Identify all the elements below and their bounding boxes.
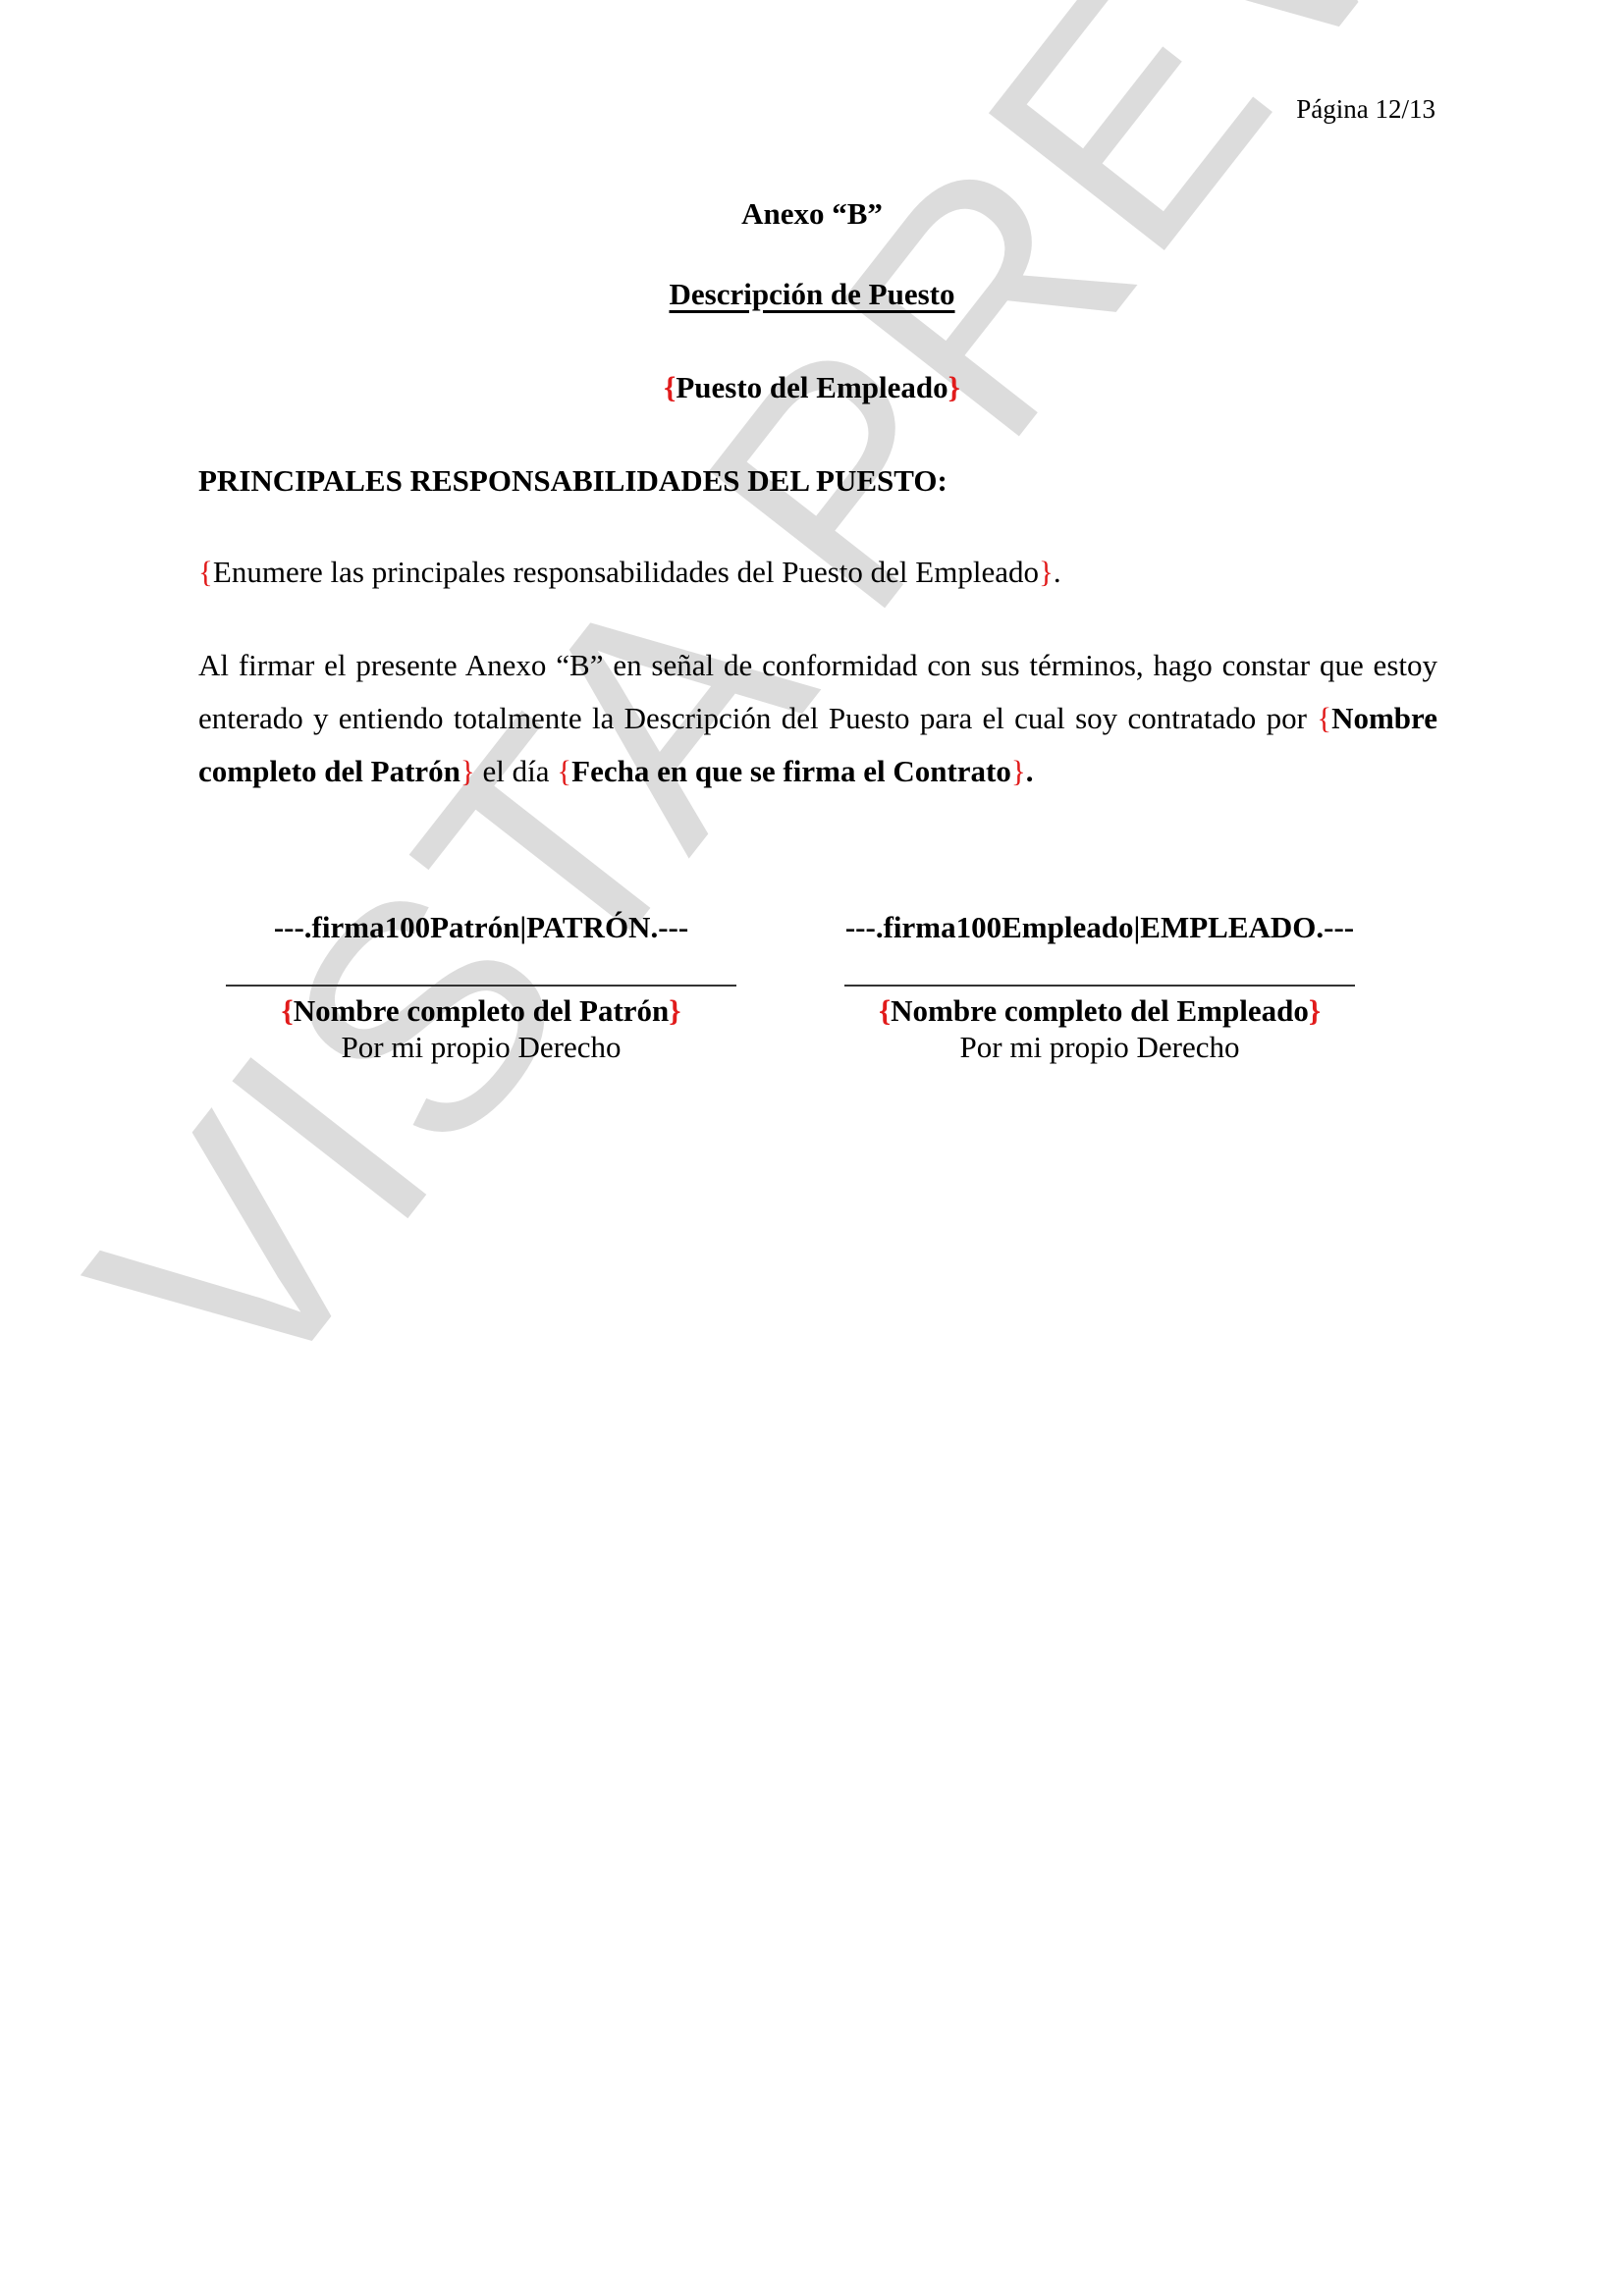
placeholder-open-brace: { [879,993,891,1028]
signature-tag[interactable]: ---.firma100Empleado|EMPLEADO.--- [835,908,1365,947]
page-number: Página 12/13 [1296,94,1435,125]
signer-capacity: Por mi propio Derecho [835,1030,1365,1065]
signature-line [226,985,736,987]
placeholder-close-brace: } [948,370,960,404]
placeholder-open-brace: { [198,555,213,589]
acknowledgment-middle: el día [475,754,558,788]
period: . [1026,754,1034,788]
acknowledgment-paragraph: Al firmar el presente Anexo “B” en señal… [198,639,1437,798]
signature-tag[interactable]: ---.firma100Patrón|PATRÓN.--- [216,908,746,947]
job-description-title: Descripción de Puesto [0,277,1624,312]
placeholder-open-brace: { [1317,701,1331,735]
placeholder-close-brace: } [1011,754,1026,788]
responsibilities-text: Enumere las principales responsabilidade… [213,555,1039,589]
job-title-placeholder: {Puesto del Empleado} [0,370,1624,405]
placeholder-open-brace: { [557,754,571,788]
signer-name: {Nombre completo del Patrón} [216,992,746,1030]
signer-name: {Nombre completo del Empleado} [835,992,1365,1030]
placeholder-close-brace: } [460,754,475,788]
annex-title: Anexo “B” [0,196,1624,232]
placeholder-open-brace: { [664,370,676,404]
signer-name-text: Nombre completo del Patrón [294,993,670,1028]
placeholder-close-brace: } [1039,555,1054,589]
acknowledgment-text: Al firmar el presente Anexo “B” en señal… [198,648,1437,735]
section-heading: PRINCIPALES RESPONSABILIDADES DEL PUESTO… [198,463,947,499]
placeholder-open-brace: { [282,993,294,1028]
employer-signature-block: ---.firma100Patrón|PATRÓN.--- {Nombre co… [216,908,746,1065]
signer-capacity: Por mi propio Derecho [216,1030,746,1065]
signature-line [844,985,1355,987]
signer-name-text: Nombre completo del Empleado [891,993,1309,1028]
date-placeholder: Fecha en que se firma el Contrato [571,754,1011,788]
placeholder-close-brace: } [1309,993,1321,1028]
employee-signature-block: ---.firma100Empleado|EMPLEADO.--- {Nombr… [835,908,1365,1065]
responsibilities-paragraph: {Enumere las principales responsabilidad… [198,546,1437,599]
placeholder-close-brace: } [669,993,680,1028]
period: . [1054,555,1061,589]
job-title-text: Puesto del Empleado [676,370,947,404]
